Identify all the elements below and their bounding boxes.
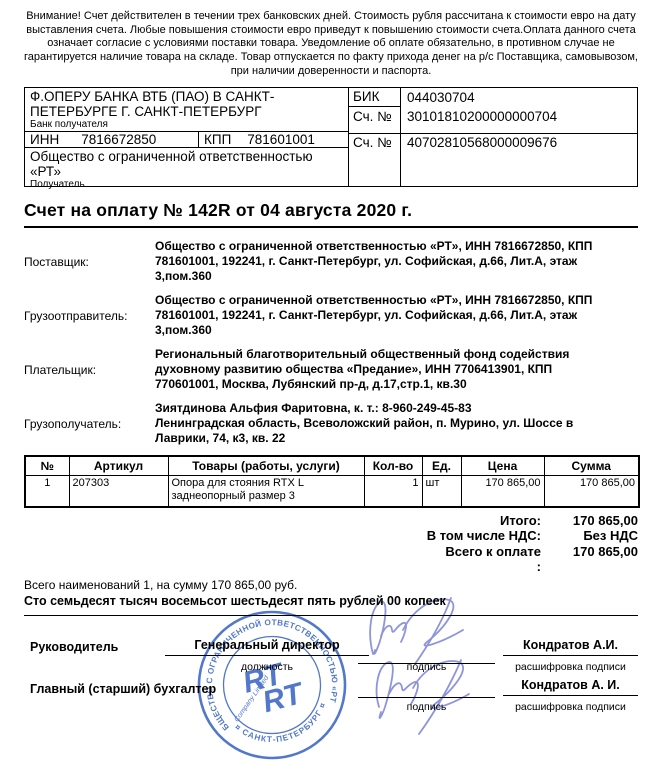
invoice-title: Счет на оплату № 142R от 04 августа 2020… xyxy=(24,200,638,221)
corr-account-value: 30101810200000000704 xyxy=(407,107,631,126)
bik-value: 044030704 xyxy=(407,88,631,107)
consignor-row: Грузоотправитель: Общество с ограниченно… xyxy=(24,293,638,338)
bank-left-section: Ф.ОПЕРУ БАНКА ВТБ (ПАО) В САНКТ-ПЕТЕРБУР… xyxy=(25,88,349,186)
vat-row: В том числе НДС: Без НДС xyxy=(24,528,638,544)
warning-text: Внимание! Счет действителен в течении тр… xyxy=(24,10,638,78)
bik-corr-labels: БИК Сч. № xyxy=(349,88,401,133)
bank-requisites-table: Ф.ОПЕРУ БАНКА ВТБ (ПАО) В САНКТ-ПЕТЕРБУР… xyxy=(24,87,638,187)
kpp-label: КПП xyxy=(204,132,231,147)
consignee-address: Ленинградская область, Всеволожский райо… xyxy=(155,416,607,446)
col-header-name: Товары (работы, услуги) xyxy=(168,456,364,476)
col-header-article: Артикул xyxy=(69,456,168,476)
due-value: 170 865,00 xyxy=(541,544,638,560)
col-header-qty: Кол-во xyxy=(364,456,422,476)
item-sum: 170 865,00 xyxy=(544,476,639,507)
account-label: Сч. № xyxy=(349,134,401,186)
supplier-label: Поставщик: xyxy=(24,255,155,269)
item-unit: шт xyxy=(422,476,461,507)
consignee-row: Грузополучатель: Зиятдинова Альфия Фарит… xyxy=(24,401,638,446)
supplier-value: Общество с ограниченной ответственностью… xyxy=(155,239,607,284)
total-value: 170 865,00 xyxy=(541,513,638,529)
items-table: № Артикул Товары (работы, услуги) Кол-во… xyxy=(24,455,640,508)
accountant-handwritten-signature xyxy=(349,652,499,737)
accountant-role: Главный (старший) бухгалтер xyxy=(30,682,216,696)
title-rule xyxy=(24,226,638,228)
bank-right-section: БИК Сч. № 044030704 30101810200000000704… xyxy=(349,88,637,186)
col-header-sum: Сумма xyxy=(544,456,639,476)
due-colon-row: : xyxy=(24,559,638,575)
consignee-name-phone: Зиятдинова Альфия Фаритовна, к. т.: 8-96… xyxy=(155,401,607,416)
inn-label: ИНН xyxy=(30,132,59,147)
due-row: Всего к оплате 170 865,00 xyxy=(24,544,638,560)
payer-label: Плательщик: xyxy=(24,363,155,377)
director-role: Руководитель xyxy=(30,640,118,654)
inn-kpp-row: ИНН 7816672850 КПП 781601001 xyxy=(25,132,348,148)
consignor-value: Общество с ограниченной ответственностью… xyxy=(155,293,607,338)
kpp-value: 781601001 xyxy=(247,132,315,147)
col-header-num: № xyxy=(25,456,69,476)
items-header-row: № Артикул Товары (работы, услуги) Кол-во… xyxy=(25,456,639,476)
vat-label: В том числе НДС: xyxy=(427,528,541,544)
recipient-cell: Общество с ограниченной ответственностью… xyxy=(25,148,348,191)
accountant-name: Кондратов А. И. xyxy=(503,678,638,696)
settlement-account-row: Сч. № 40702810568000009676 xyxy=(349,134,637,186)
col-header-unit: Ед. xyxy=(422,456,461,476)
recipient-caption: Получатель xyxy=(30,179,343,190)
bank-name: Ф.ОПЕРУ БАНКА ВТБ (ПАО) В САНКТ-ПЕТЕРБУР… xyxy=(30,89,343,119)
recipient-name: Общество с ограниченной ответственностью… xyxy=(30,149,343,179)
item-name: Опора для стояния RTX L заднеопорный раз… xyxy=(168,476,364,507)
col-header-price: Цена xyxy=(461,456,544,476)
item-qty: 1 xyxy=(364,476,422,507)
inn-value: 7816672850 xyxy=(81,132,156,147)
items-count-line: Всего наименований 1, на сумму 170 865,0… xyxy=(24,578,638,592)
consignee-label: Грузополучатель: xyxy=(24,417,155,431)
bank-name-caption: Банк получателя xyxy=(30,119,343,130)
inn-cell: ИНН 7816672850 xyxy=(25,132,199,147)
bank-name-cell: Ф.ОПЕРУ БАНКА ВТБ (ПАО) В САНКТ-ПЕТЕРБУР… xyxy=(25,88,348,132)
table-row: 1 207303 Опора для стояния RTX L заднеоп… xyxy=(25,476,639,507)
invoice-document: Внимание! Счет действителен в течении тр… xyxy=(0,0,660,775)
consignee-value: Зиятдинова Альфия Фаритовна, к. т.: 8-96… xyxy=(155,401,607,446)
director-name: Кондратов А.И. xyxy=(503,638,638,656)
bik-label: БИК xyxy=(349,88,400,107)
due-label: Всего к оплате xyxy=(445,544,541,560)
total-label: Итого: xyxy=(500,513,541,529)
corr-account-label: Сч. № xyxy=(349,107,400,126)
bik-corr-values: 044030704 30101810200000000704 xyxy=(401,88,637,133)
item-price: 170 865,00 xyxy=(461,476,544,507)
total-row: Итого: 170 865,00 xyxy=(24,513,638,529)
account-value: 40702810568000009676 xyxy=(401,134,637,186)
kpp-cell: КПП 781601001 xyxy=(199,132,348,147)
totals-section: Итого: 170 865,00 В том числе НДС: Без Н… xyxy=(24,513,638,575)
director-name-caption: расшифровка подписи xyxy=(503,661,638,673)
company-stamp: ОБЩЕСТВО С ОГРАНИЧЕННОЙ ОТВЕТСТВЕННОСТЬЮ… xyxy=(193,606,351,764)
item-num: 1 xyxy=(25,476,69,507)
payer-row: Плательщик: Региональный благотворительн… xyxy=(24,347,638,392)
accountant-name-caption: расшифровка подписи xyxy=(503,701,638,713)
item-article: 207303 xyxy=(69,476,168,507)
consignor-label: Грузоотправитель: xyxy=(24,309,155,323)
parties-section: Поставщик: Общество с ограниченной ответ… xyxy=(24,239,638,446)
supplier-row: Поставщик: Общество с ограниченной ответ… xyxy=(24,239,638,284)
bik-corr-rows: БИК Сч. № 044030704 30101810200000000704 xyxy=(349,88,637,134)
vat-value: Без НДС xyxy=(541,528,638,544)
payer-value: Региональный благотворительный обществен… xyxy=(155,347,607,392)
